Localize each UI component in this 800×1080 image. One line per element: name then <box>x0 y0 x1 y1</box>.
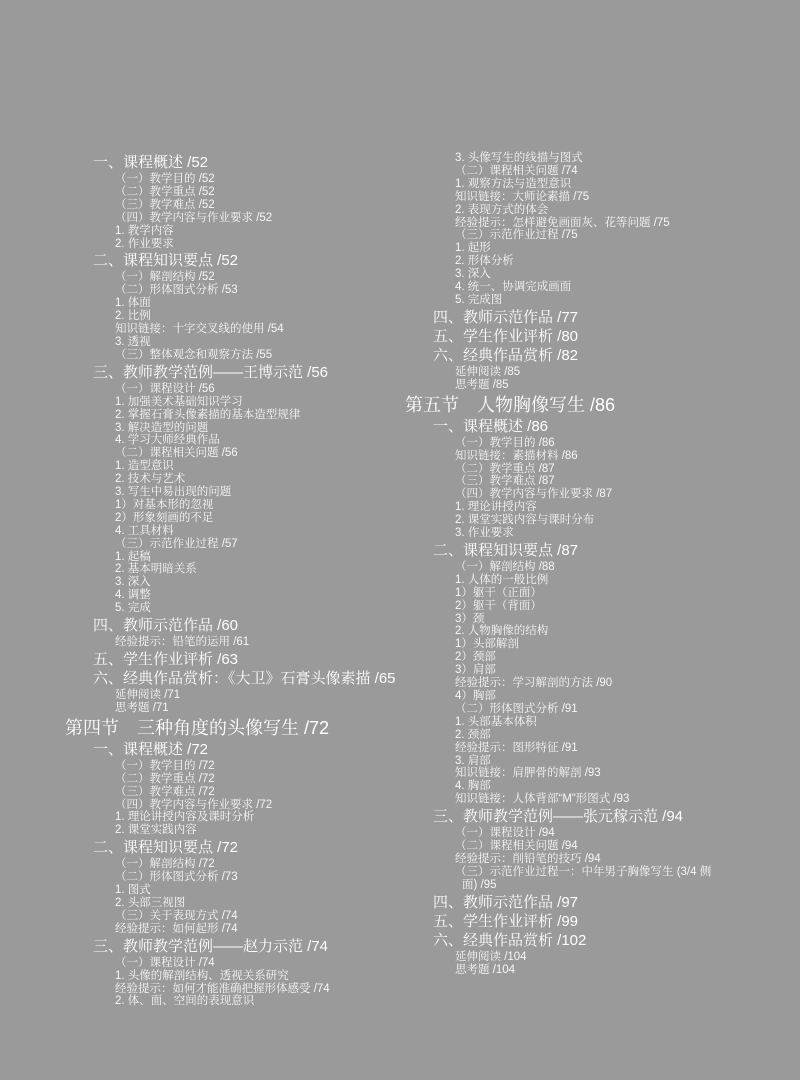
toc-entry-item: 2. 颈部 <box>455 729 720 742</box>
toc-entry-h2: （二）形体图式分析 /91 <box>455 703 720 716</box>
toc-entry-h1: 六、经典作品赏析 /82 <box>433 348 720 364</box>
toc-entry-h2: （一）教学目的 /72 <box>115 760 421 773</box>
toc-entry-item: 2. 体、面、空间的表现意识 <box>115 995 421 1008</box>
toc-entry-sec: 第四节 三种角度的头像写生 /72 <box>65 717 421 739</box>
toc-entry-h2: （一）解剖结构 /72 <box>115 858 421 871</box>
toc-entry-h2: （一）教学目的 /86 <box>455 437 720 450</box>
toc-entry-note: 思考题 /104 <box>455 964 720 977</box>
toc-entry-h2: （三）教学难点 /52 <box>115 199 421 212</box>
toc-page: 一、课程概述 /52（一）教学目的 /52（二）教学重点 /52（三）教学难点 … <box>0 0 800 1080</box>
toc-entry-tip: 经验提示：怎样避免画面灰、花等问题 /75 <box>455 217 720 230</box>
toc-entry-item: 2）躯干（背面） <box>455 600 720 613</box>
toc-entry-item: 1. 体面 <box>115 297 421 310</box>
toc-entry-h1: 三、教师教学范例——赵力示范 /74 <box>93 939 421 955</box>
toc-entry-item: 2. 课堂实践内容与课时分布 <box>455 514 720 527</box>
toc-entry-item: 4. 工具材料 <box>115 525 421 538</box>
toc-entry-tip: 经验提示：铅笔的运用 /61 <box>115 636 421 649</box>
toc-entry-h1: 一、课程概述 /86 <box>433 419 720 435</box>
toc-entry-item: 3. 深入 <box>115 576 421 589</box>
toc-column-left: 一、课程概述 /52（一）教学目的 /52（二）教学重点 /52（三）教学难点 … <box>65 152 421 1008</box>
toc-entry-tip: 经验提示：削铅笔的技巧 /94 <box>455 853 720 866</box>
toc-entry-item: 2. 技术与艺术 <box>115 473 421 486</box>
toc-entry-item: 2. 形体分析 <box>455 255 720 268</box>
toc-entry-h2: （四）教学内容与作业要求 /87 <box>455 488 720 501</box>
toc-entry-item: 3. 解决造型的问题 <box>115 422 421 435</box>
toc-entry-item: 4. 统一、协调完成画面 <box>455 281 720 294</box>
toc-entry-item: 2. 头部三视图 <box>115 897 421 910</box>
toc-entry-note: 延伸阅读 /104 <box>455 951 720 964</box>
toc-entry-h2: （一）课程设计 /94 <box>455 827 720 840</box>
toc-entry-item: 3. 肩部 <box>455 755 720 768</box>
toc-entry-h2: （一）解剖结构 /88 <box>455 561 720 574</box>
toc-entry-h1: 三、教师教学范例——张元稼示范 /94 <box>433 809 720 825</box>
toc-entry-tip: 经验提示：图形特征 /91 <box>455 742 720 755</box>
toc-entry-h1: 五、学生作业评析 /99 <box>433 914 720 930</box>
toc-entry-item: 4. 调整 <box>115 589 421 602</box>
toc-column-right: 3. 头像写生的线描与图式（二）课程相关问题 /741. 观察方法与造型意识知识… <box>405 152 720 977</box>
toc-entry-tip: 知识链接：素描材料 /86 <box>455 450 720 463</box>
toc-entry-h1: 二、课程知识要点 /87 <box>433 543 720 559</box>
toc-entry-tip: 知识链接：肩胛骨的解剖 /93 <box>455 767 720 780</box>
toc-entry-tip: 知识链接：十字交叉线的使用 /54 <box>115 323 421 336</box>
toc-entry-item: 1. 理论讲授内容 <box>455 501 720 514</box>
toc-entry-item: 1. 头像的解剖结构、透视关系研究 <box>115 970 421 983</box>
toc-entry-sec: 第五节 人物胸像写生 /86 <box>405 394 720 416</box>
toc-entry-item: 1. 头部基本体积 <box>455 716 720 729</box>
toc-entry-item: 2. 人物胸像的结构 <box>455 625 720 638</box>
toc-entry-item: 3. 写生中易出现的问题 <box>115 486 421 499</box>
toc-entry-h2: （四）教学内容与作业要求 /52 <box>115 212 421 225</box>
toc-entry-h1: 六、经典作品赏析：《大卫》石膏头像素描 /65 <box>93 671 421 687</box>
toc-entry-h2: （二）形体图式分析 /53 <box>115 284 421 297</box>
toc-entry-item: 3. 头像写生的线描与图式 <box>455 152 720 165</box>
toc-entry-h1: 三、教师教学范例——王博示范 /56 <box>93 365 421 381</box>
toc-entry-item: 1. 起稿 <box>115 551 421 564</box>
toc-entry-item: 1）对基本形的忽视 <box>115 499 421 512</box>
toc-entry-h1: 五、学生作业评析 /63 <box>93 652 421 668</box>
toc-entry-h2: （二）课程相关问题 /56 <box>115 447 421 460</box>
toc-entry-item: 2）形象刻画的不足 <box>115 512 421 525</box>
toc-entry-item: 1. 图式 <box>115 884 421 897</box>
toc-entry-h2: （二）形体图式分析 /73 <box>115 871 421 884</box>
toc-entry-h2: （二）教学重点 /72 <box>115 773 421 786</box>
toc-entry-item: 3. 透视 <box>115 336 421 349</box>
toc-entry-h2: （一）解剖结构 /52 <box>115 271 421 284</box>
toc-entry-item: 4. 胸部 <box>455 780 720 793</box>
toc-entry-item: 1）躯干（正面） <box>455 587 720 600</box>
toc-entry-tip: 经验提示：如何才能准确把握形体感受 /74 <box>115 983 421 996</box>
toc-entry-item: 5. 完成 <box>115 602 421 615</box>
toc-entry-item: 2. 课堂实践内容 <box>115 824 421 837</box>
toc-entry-h2: （三）整体观念和观察方法 /55 <box>115 349 421 362</box>
toc-entry-item: 2. 基本明暗关系 <box>115 563 421 576</box>
toc-entry-item: 1. 起形 <box>455 242 720 255</box>
toc-entry-h2: （二）课程相关问题 /94 <box>455 840 720 853</box>
toc-entry-h1: 五、学生作业评析 /80 <box>433 329 720 345</box>
toc-entry-note: 延伸阅读 /85 <box>455 366 720 379</box>
toc-entry-h2: （二）课程相关问题 /74 <box>455 165 720 178</box>
toc-entry-item: 1. 加强美术基础知识学习 <box>115 396 421 409</box>
toc-entry-note: 思考题 /71 <box>115 702 421 715</box>
toc-entry-h1: 四、教师示范作品 /97 <box>433 895 720 911</box>
toc-entry-item: 3）肩部 <box>455 664 720 677</box>
toc-entry-item: 3. 深入 <box>455 268 720 281</box>
toc-entry-item: 2）颈部 <box>455 651 720 664</box>
toc-entry-h1: 一、课程概述 /52 <box>93 155 421 171</box>
toc-entry-h1: 二、课程知识要点 /72 <box>93 840 421 856</box>
toc-entry-tip: 知识链接：人体背部“M”形图式 /93 <box>455 793 720 806</box>
toc-entry-h2: （四）教学内容与作业要求 /72 <box>115 799 421 812</box>
toc-entry-h2: （一）教学目的 /52 <box>115 173 421 186</box>
toc-entry-h1: 一、课程概述 /72 <box>93 742 421 758</box>
toc-entry-item: 1. 理论讲授内容及课时分析 <box>115 811 421 824</box>
toc-entry-item: 1. 造型意识 <box>115 460 421 473</box>
toc-entry-tip: 经验提示：如何起形 /74 <box>115 923 421 936</box>
toc-entry-item: 3. 作业要求 <box>455 527 720 540</box>
toc-entry-item: 2. 掌握石膏头像素描的基本造型规律 <box>115 409 421 422</box>
toc-entry-note: 延伸阅读 /71 <box>115 689 421 702</box>
toc-entry-item: 3）颈 <box>455 613 720 626</box>
toc-entry-h2: （三）教学难点 /87 <box>455 475 720 488</box>
toc-entry-h2: （二）教学重点 /87 <box>455 463 720 476</box>
toc-entry-item: 4）胸部 <box>455 690 720 703</box>
toc-entry-h1: 二、课程知识要点 /52 <box>93 253 421 269</box>
toc-entry-item: 4. 学习大师经典作品 <box>115 434 421 447</box>
toc-entry-tip: 知识链接：大师论素描 /75 <box>455 191 720 204</box>
toc-entry-item: 2. 作业要求 <box>115 238 421 251</box>
toc-entry-item: 2. 表现方式的体会 <box>455 204 720 217</box>
toc-entry-h1: 四、教师示范作品 /77 <box>433 310 720 326</box>
toc-entry-h2: （一）课程设计 /74 <box>115 957 421 970</box>
toc-entry-item: 5. 完成图 <box>455 294 720 307</box>
toc-entry-h2: （一）课程设计 /56 <box>115 383 421 396</box>
toc-entry-h2: （二）教学重点 /52 <box>115 186 421 199</box>
toc-entry-h2: （三）示范作业过程一：中年男子胸像写生 (3/4 侧面) /95 <box>455 866 720 892</box>
toc-entry-note: 思考题 /85 <box>455 379 720 392</box>
toc-entry-item: 1. 教学内容 <box>115 225 421 238</box>
toc-entry-item: 2. 比例 <box>115 310 421 323</box>
toc-entry-h2: （三）示范作业过程 /57 <box>115 538 421 551</box>
toc-entry-item: 1）头部解剖 <box>455 638 720 651</box>
toc-entry-item: 1. 观察方法与造型意识 <box>455 178 720 191</box>
toc-entry-h1: 四、教师示范作品 /60 <box>93 618 421 634</box>
toc-entry-h2: （三）示范作业过程 /75 <box>455 229 720 242</box>
toc-entry-tip: 经验提示：学习解剖的方法 /90 <box>455 677 720 690</box>
toc-entry-h2: （三）教学难点 /72 <box>115 786 421 799</box>
toc-entry-h2: （三）关于表现方式 /74 <box>115 910 421 923</box>
toc-entry-item: 1. 人体的一般比例 <box>455 574 720 587</box>
toc-entry-h1: 六、经典作品赏析 /102 <box>433 933 720 949</box>
